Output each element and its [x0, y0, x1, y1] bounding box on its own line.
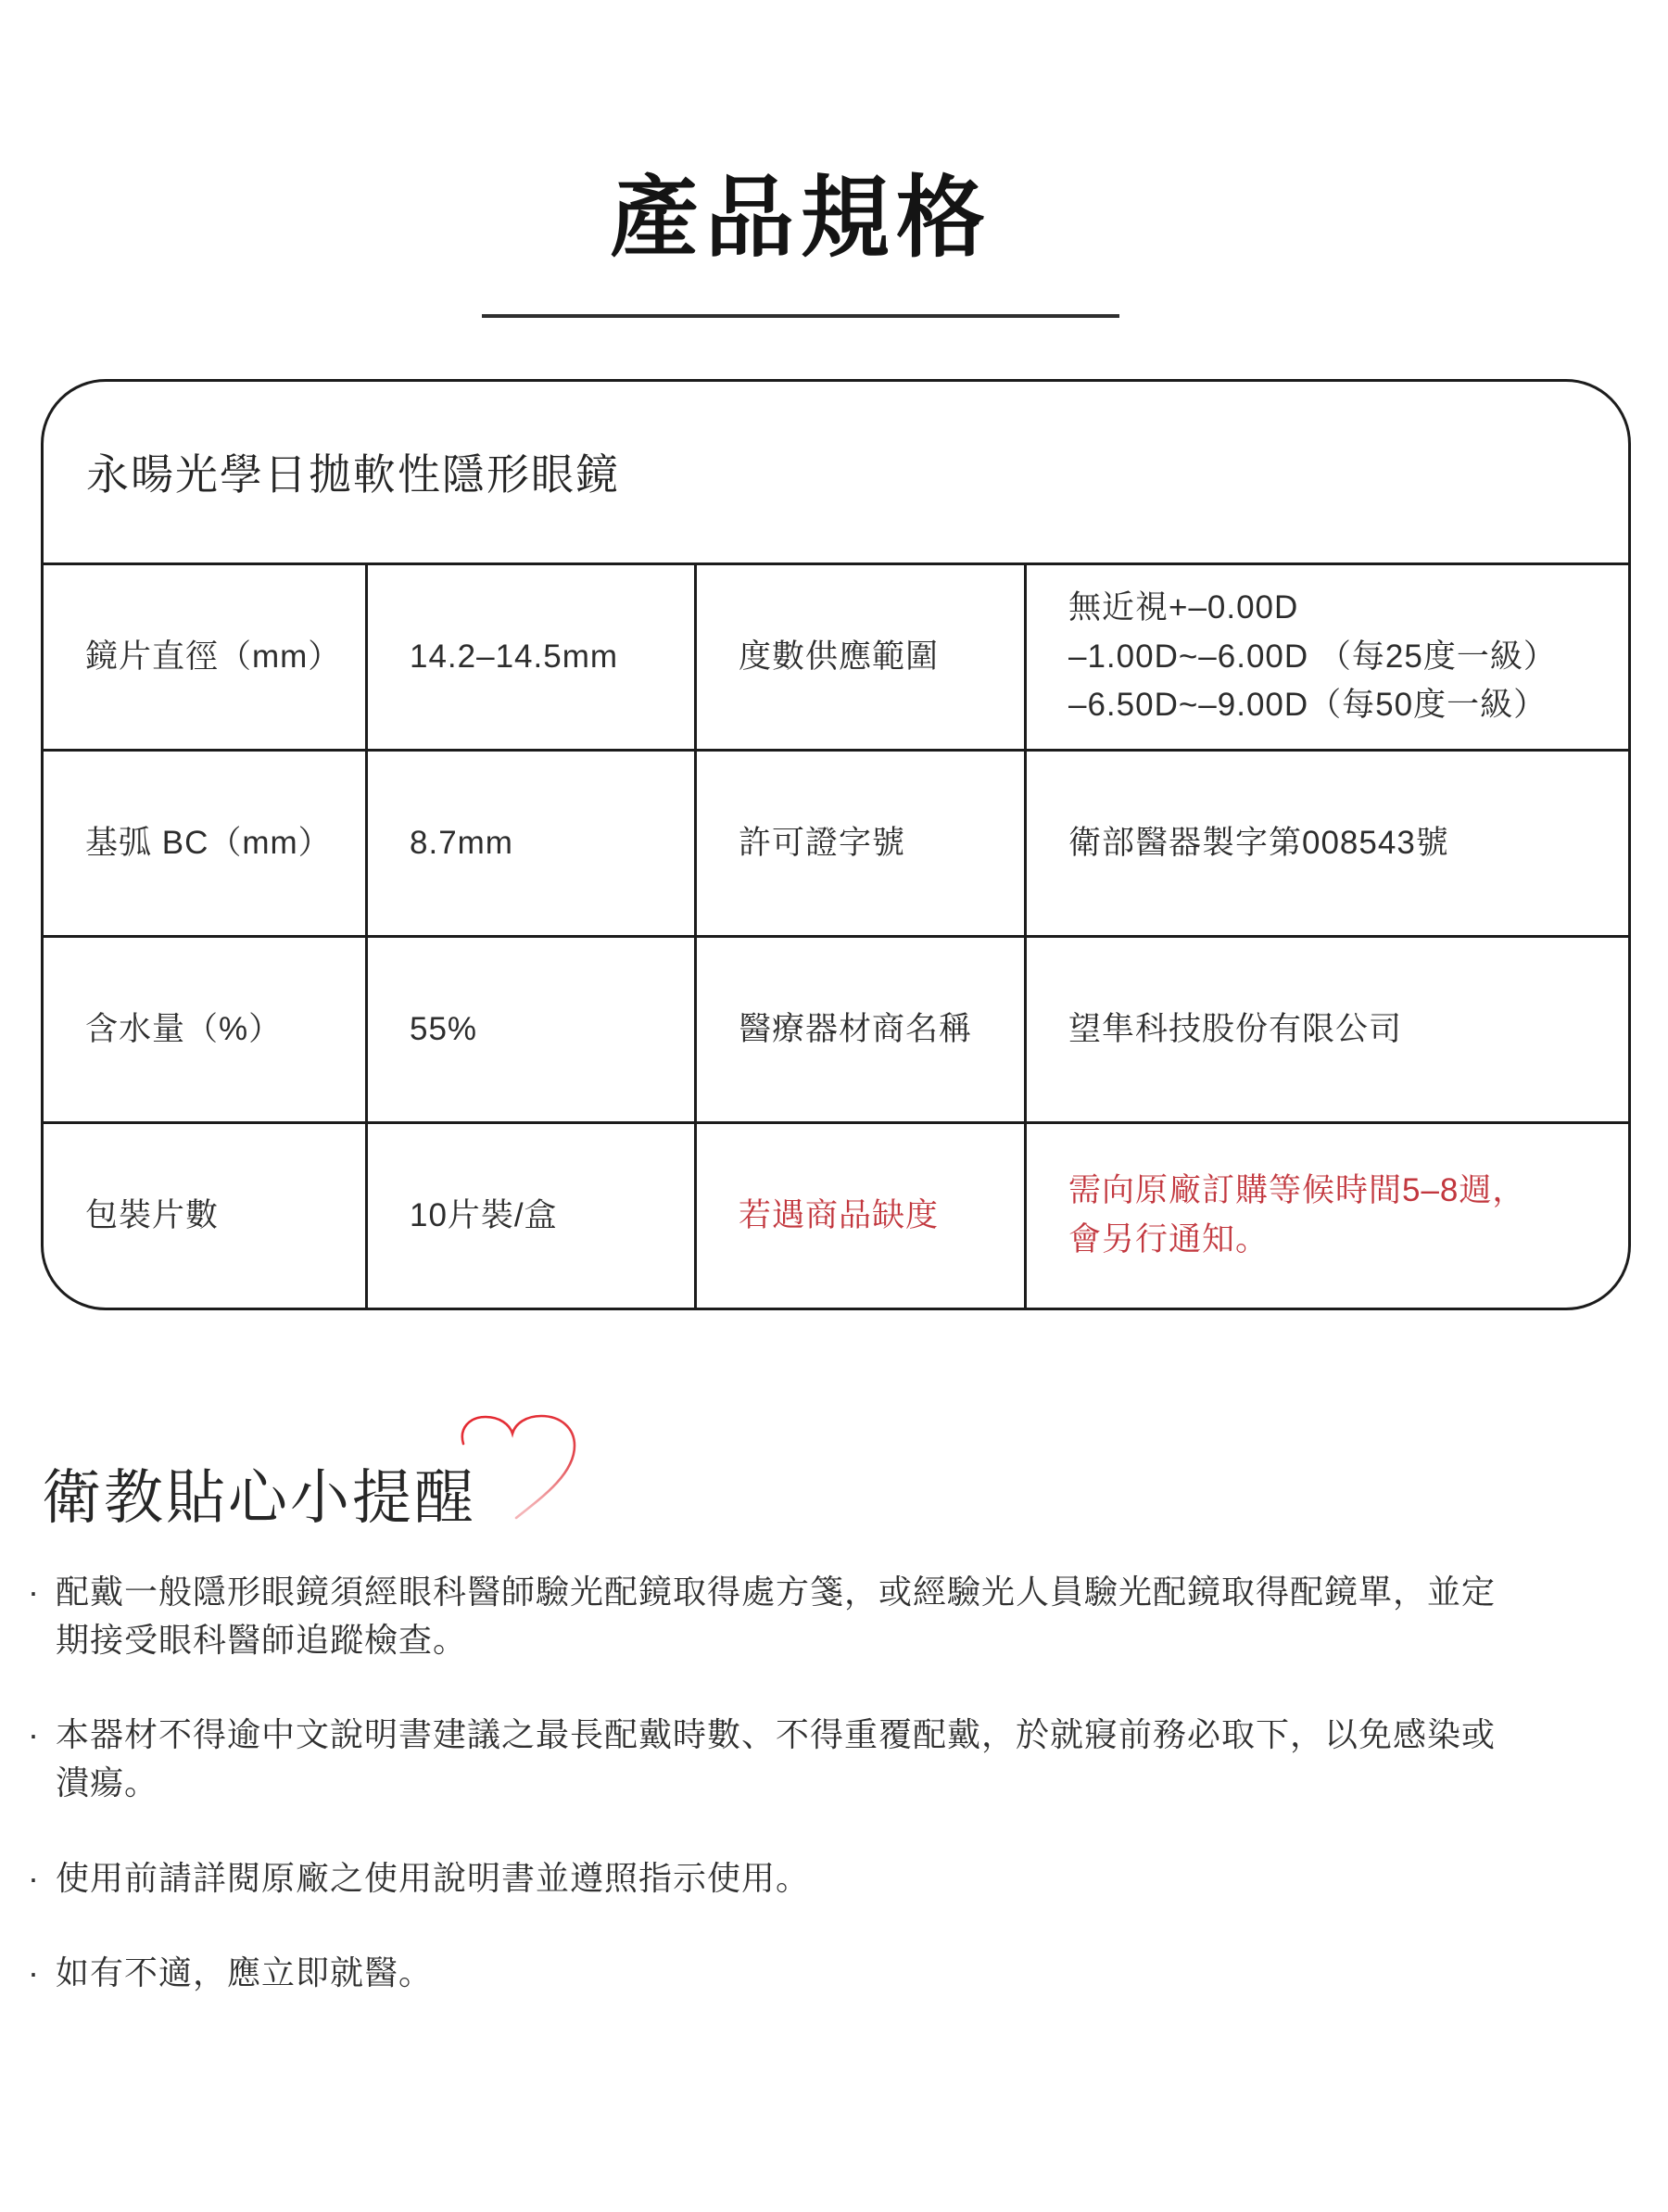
row-value-pack-count: 10片裝/盒: [365, 1124, 694, 1308]
row-label-power-range: 度數供應範圍: [694, 565, 1024, 749]
row-label-water-content: 含水量（%）: [44, 938, 365, 1121]
tip-text-wear-time: 本器材不得逾中文說明書建議之最長配戴時數、不得重覆配戴，於就寢前務必取下，以免感…: [56, 1711, 1496, 1807]
row-label-diameter: 鏡片直徑（mm）: [44, 565, 365, 749]
table-row: 含水量（%） 55% 醫療器材商名稱 望隼科技股份有限公司: [44, 935, 1628, 1121]
table-row: 包裝片數 10片裝/盒 若遇商品缺度 需向原廠訂購等候時間5–8週， 會另行通知…: [44, 1121, 1628, 1308]
tip-text-read-manual: 使用前請詳閱原廠之使用說明書並遵照指示使用。: [56, 1854, 810, 1902]
tip-text-see-doctor: 如有不適，應立即就醫。: [56, 1949, 433, 1997]
list-item: · 配戴一般隱形眼鏡須經眼科醫師驗光配鏡取得處方箋，或經驗光人員驗光配鏡取得配鏡…: [28, 1568, 1640, 1664]
tips-heading: 衛教貼心小提醒: [42, 1464, 476, 1531]
title-underline: [482, 314, 1119, 318]
row-label-shortage-notice: 若遇商品缺度: [694, 1124, 1024, 1308]
list-item: · 如有不適，應立即就醫。: [28, 1949, 1640, 1997]
row-label-vendor-name: 醫療器材商名稱: [694, 938, 1024, 1121]
tips-heading-block: 衛教貼心小提醒: [42, 1468, 476, 1527]
row-value-license-no: 衛部醫器製字第008543號: [1024, 752, 1628, 935]
row-label-pack-count: 包裝片數: [44, 1124, 365, 1308]
bullet-dot: ·: [28, 1854, 56, 1902]
tip-text-prescription: 配戴一般隱形眼鏡須經眼科醫師驗光配鏡取得處方箋，或經驗光人員驗光配鏡取得配鏡單，…: [56, 1568, 1496, 1664]
list-item: · 本器材不得逾中文說明書建議之最長配戴時數、不得重覆配戴，於就寢前務必取下，以…: [28, 1711, 1640, 1807]
list-item: · 使用前請詳閱原廠之使用說明書並遵照指示使用。: [28, 1854, 1640, 1902]
row-value-water-content: 55%: [365, 938, 694, 1121]
bullet-dot: ·: [28, 1711, 56, 1807]
row-value-power-range: 無近視+–0.00D –1.00D~–6.00D （每25度一級） –6.50D…: [1024, 565, 1628, 749]
row-value-diameter: 14.2–14.5mm: [365, 565, 694, 749]
row-value-vendor-name: 望隼科技股份有限公司: [1024, 938, 1628, 1121]
bullet-dot: ·: [28, 1949, 56, 1997]
tips-list: · 配戴一般隱形眼鏡須經眼科醫師驗光配鏡取得處方箋，或經驗光人員驗光配鏡取得配鏡…: [28, 1568, 1640, 1997]
bullet-dot: ·: [28, 1568, 56, 1664]
row-label-base-curve: 基弧 BC（mm）: [44, 752, 365, 935]
page-title-block: 產品規格: [0, 0, 1635, 318]
row-value-base-curve: 8.7mm: [365, 752, 694, 935]
product-name: 永暘光學日拋軟性隱形眼鏡: [44, 382, 1628, 562]
product-spec-page: 產品規格 永暘光學日拋軟性隱形眼鏡 鏡片直徑（mm） 14.2–14.5mm 度…: [0, 0, 1668, 2212]
row-value-shortage-notice: 需向原廠訂購等候時間5–8週， 會另行通知。: [1024, 1124, 1628, 1308]
table-row: 基弧 BC（mm） 8.7mm 許可證字號 衛部醫器製字第008543號: [44, 749, 1628, 935]
spec-table: 永暘光學日拋軟性隱形眼鏡 鏡片直徑（mm） 14.2–14.5mm 度數供應範圍…: [41, 379, 1631, 1310]
row-label-license-no: 許可證字號: [694, 752, 1024, 935]
page-title: 產品規格: [0, 172, 1635, 266]
table-row: 鏡片直徑（mm） 14.2–14.5mm 度數供應範圍 無近視+–0.00D –…: [44, 562, 1628, 749]
